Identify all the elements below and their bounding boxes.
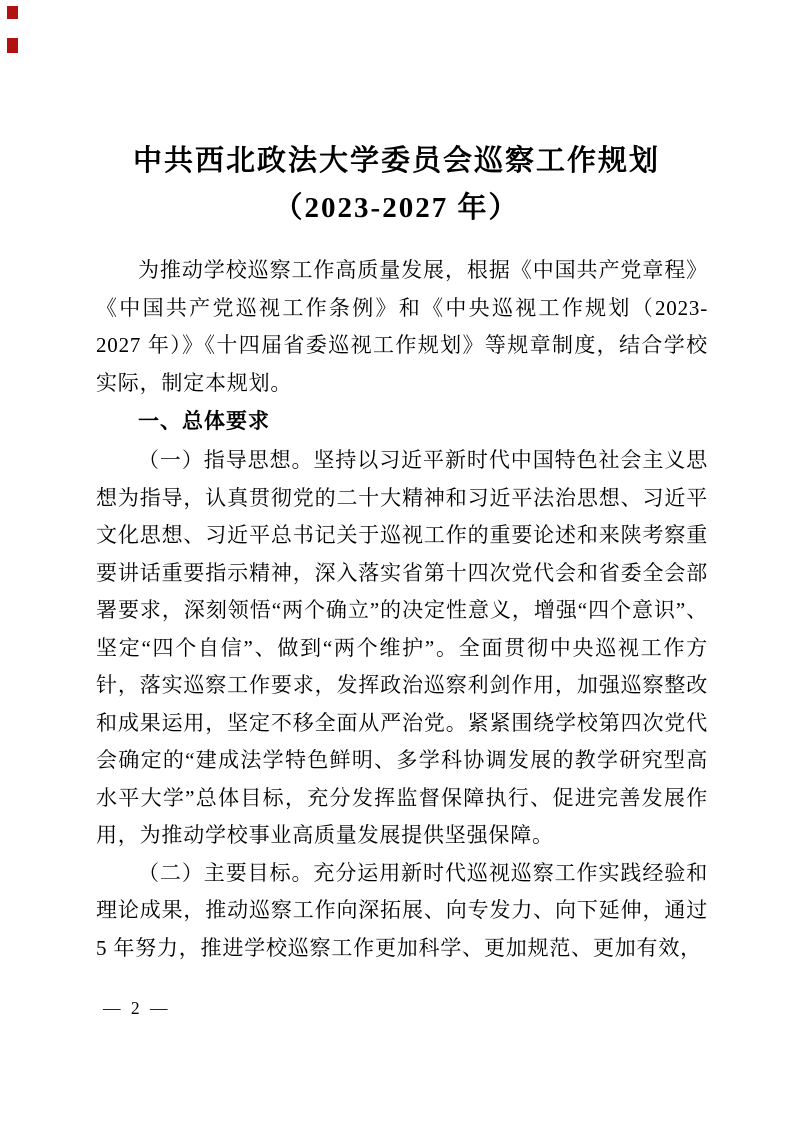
guiding-ideology-text: 坚持以习近平新时代中国特色社会主义思想为指导，认真贯彻党的二十大精神和习近平法治…: [96, 448, 708, 847]
section-heading-overall-requirements: 一、总体要求: [96, 402, 708, 442]
document-title: 中共西北政法大学委员会巡察工作规划 （2023-2027 年）: [0, 0, 793, 232]
document-title-line-1: 中共西北政法大学委员会巡察工作规划: [133, 145, 660, 177]
red-corner-mark-bottom: [7, 38, 18, 53]
page-number: — 2 —: [103, 998, 171, 1019]
main-goals-paragraph: （二）主要目标。充分运用新时代巡视巡察工作实践经验和理论成果，推动巡察工作向深拓…: [96, 855, 708, 968]
document-body: 为推动学校巡察工作高质量发展，根据《中国共产党章程》《中国共产党巡视工作条例》和…: [96, 252, 708, 967]
intro-paragraph: 为推动学校巡察工作高质量发展，根据《中国共产党章程》《中国共产党巡视工作条例》和…: [96, 252, 708, 402]
document-title-line-2: （2023-2027 年）: [274, 192, 520, 224]
main-goals-lead: （二）主要目标。: [138, 861, 313, 885]
document-page: 中共西北政法大学委员会巡察工作规划 （2023-2027 年） 为推动学校巡察工…: [0, 0, 793, 1122]
red-corner-mark-top: [7, 6, 18, 19]
guiding-ideology-lead: （一）指导思想。: [138, 448, 313, 472]
guiding-ideology-paragraph: （一）指导思想。坚持以习近平新时代中国特色社会主义思想为指导，认真贯彻党的二十大…: [96, 442, 708, 855]
